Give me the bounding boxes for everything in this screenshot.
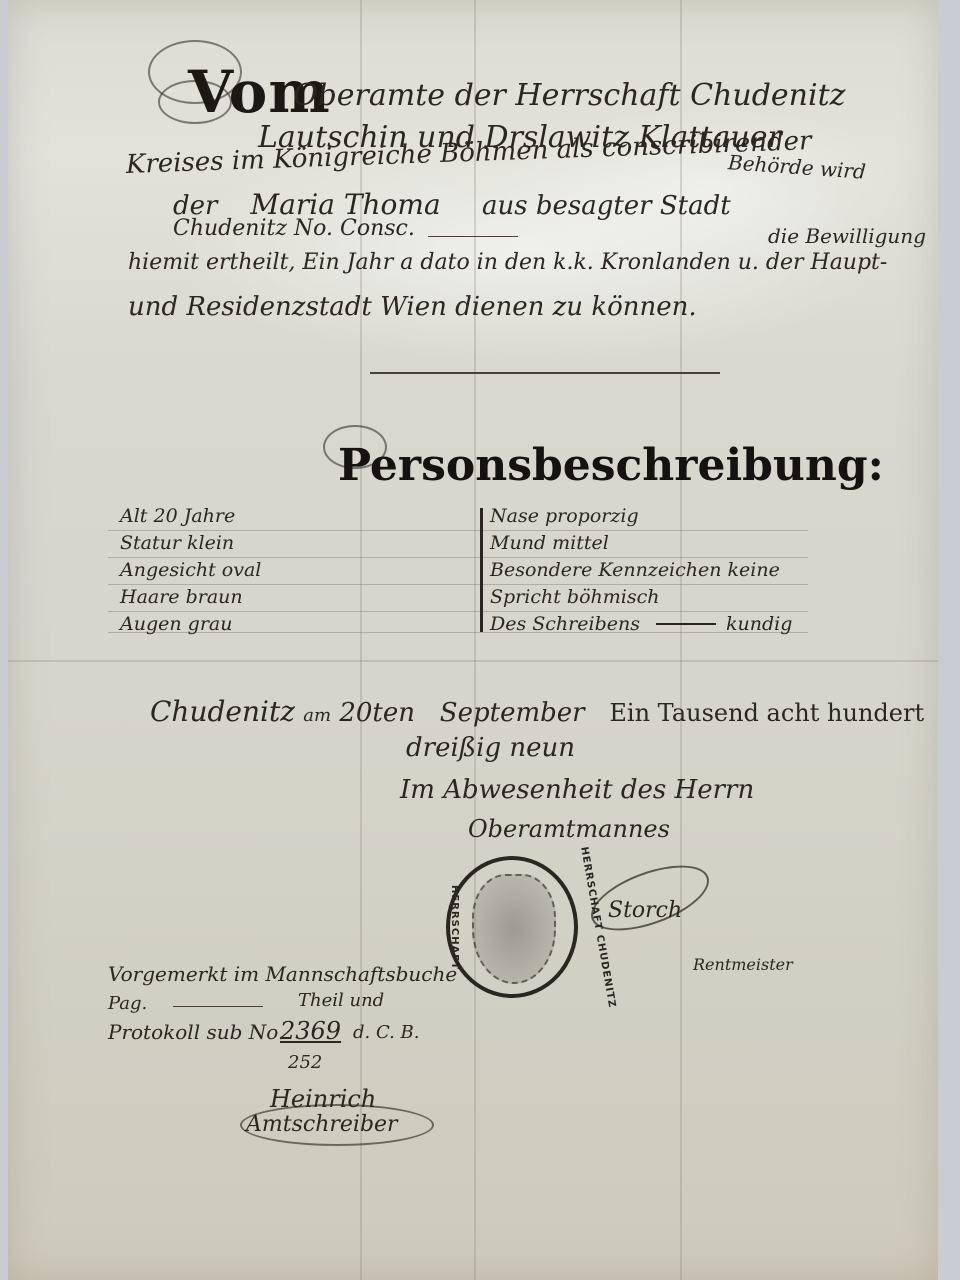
desc-value: braun — [186, 586, 243, 608]
protocol-suffix: d. C. B. — [353, 1022, 420, 1043]
clerk-title: Amtschreiber — [246, 1112, 398, 1137]
protocol-number: 2369 — [280, 1017, 341, 1045]
header-line-6: hiemit ertheilt, Ein Jahr a dato in den … — [128, 250, 887, 275]
header-line-7: und Residenzstadt Wien dienen zu können. — [128, 292, 697, 322]
date-day: 20ten — [339, 698, 415, 728]
register-line-2-tail: Theil und — [298, 990, 384, 1011]
desc-item: Nase proporzig — [490, 505, 792, 532]
header-line-5-tail: die Bewilligung — [768, 224, 926, 248]
desc-value: böhmisch — [567, 586, 660, 608]
desc-value: keine — [728, 559, 780, 581]
desc-label: Besondere Kennzeichen — [490, 559, 722, 581]
date-place: Chudenitz — [150, 695, 295, 728]
date-year-1: Ein Tausend acht hundert — [609, 699, 924, 727]
date-year-2: dreißig neun — [406, 733, 575, 763]
description-left-column: Alt 20 Jahre Statur klein Angesicht oval… — [120, 505, 261, 640]
official-seal: HERRSCHAFT HERRSCHAFT CHUDENITZ — [446, 856, 578, 998]
header-line-5: Chudenitz No. Consc. — [173, 216, 415, 241]
blank-rule — [173, 1006, 263, 1007]
desc-value: grau — [188, 613, 233, 635]
register-line-3-label: Protokoll sub No. — [108, 1020, 284, 1044]
office-line-1: Im Abwesenheit des Herrn — [400, 775, 754, 805]
desc-value: oval — [222, 559, 262, 581]
desc-label: Angesicht — [120, 559, 216, 581]
fold-line — [8, 660, 938, 662]
seal-text-left: HERRSCHAFT — [449, 885, 460, 970]
desc-label: Des Schreibens — [490, 613, 640, 635]
desc-item: Des Schreibens kundig — [490, 613, 792, 640]
desc-value: kundig — [726, 613, 792, 635]
desc-item: Besondere Kennzeichen keine — [490, 559, 792, 586]
desc-label: Augen — [120, 613, 182, 635]
desc-value: mittel — [552, 532, 609, 554]
register-line-2-label: Pag. — [108, 993, 147, 1014]
blank-rule — [656, 623, 716, 625]
blank-rule — [428, 236, 518, 237]
column-divider — [480, 508, 483, 632]
desc-item: Haare braun — [120, 586, 261, 613]
date-month: September — [440, 698, 585, 728]
line-4-tail: aus besagter Stadt — [482, 191, 731, 221]
desc-value: proporzig — [545, 505, 639, 527]
desc-item: Statur klein — [120, 532, 261, 559]
desc-label: Spricht — [490, 586, 561, 608]
desc-item: Mund mittel — [490, 532, 792, 559]
desc-label: Alt — [120, 505, 147, 527]
desc-item: Angesicht oval — [120, 559, 261, 586]
signature-name: Storch — [608, 898, 682, 923]
desc-item: Alt 20 Jahre — [120, 505, 261, 532]
register-line-1: Vorgemerkt im Mannschaftsbuche — [108, 962, 457, 986]
document-page: Vom Oberamte der Herrschaft Chudenitz La… — [8, 0, 938, 1280]
date-am: am — [303, 705, 331, 726]
desc-label: Mund — [490, 532, 546, 554]
desc-label: Statur — [120, 532, 181, 554]
desc-value: 20 Jahre — [153, 505, 235, 527]
header-line-3-tail: Behörde wird — [727, 150, 866, 184]
description-title: Personsbeschreibung: — [338, 440, 884, 491]
office-line-2: Oberamtmannes — [468, 815, 670, 843]
desc-label: Nase — [490, 505, 539, 527]
desc-item: Spricht böhmisch — [490, 586, 792, 613]
header-line-1: Oberamte der Herrschaft Chudenitz — [293, 78, 845, 113]
desc-item: Augen grau — [120, 613, 261, 640]
signature-title: Rentmeister — [693, 955, 793, 974]
separator-rule — [370, 372, 720, 374]
description-right-column: Nase proporzig Mund mittel Besondere Ken… — [490, 505, 792, 640]
coat-of-arms-icon — [472, 874, 556, 984]
date-line: Chudenitz am 20ten September Ein Tausend… — [150, 695, 924, 728]
protocol-sub-number: 252 — [288, 1052, 322, 1073]
desc-value: klein — [187, 532, 234, 554]
desc-label: Haare — [120, 586, 180, 608]
